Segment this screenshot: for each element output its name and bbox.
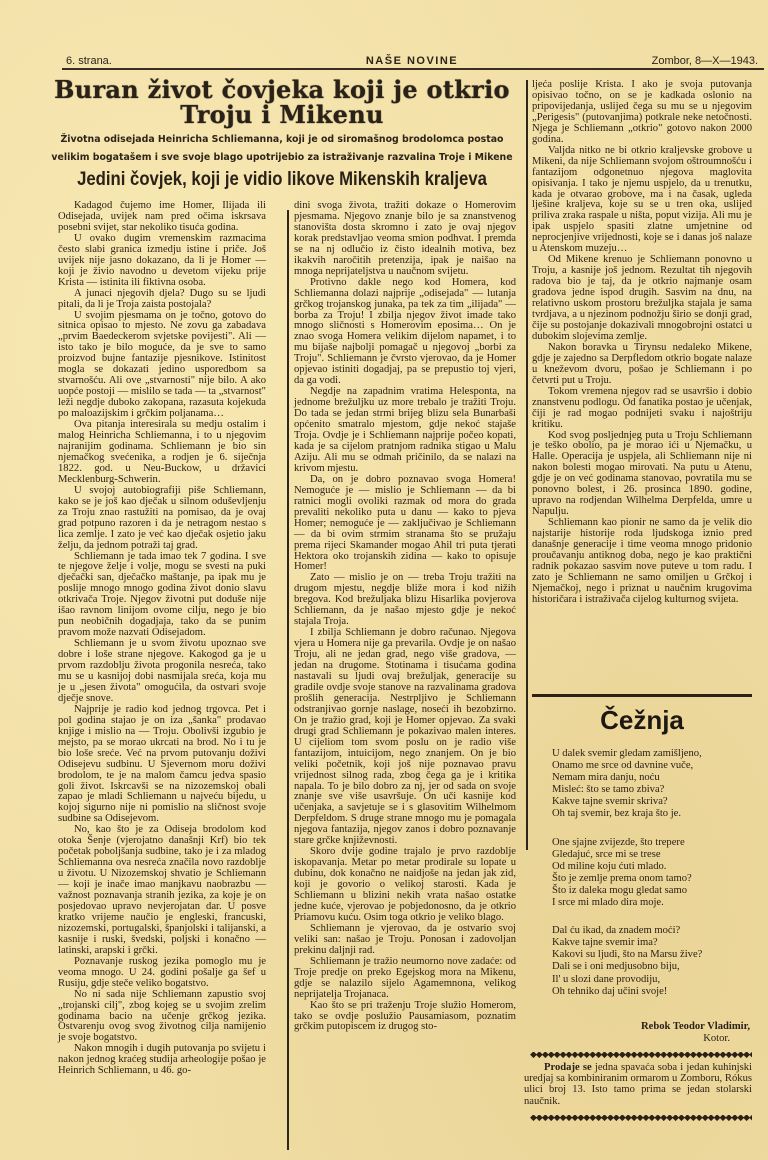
- paragraph: Zato — mislio je on — treba Troju tražit…: [294, 573, 516, 628]
- paragraph: Najprije je radio kod jednog trgovca. Pe…: [58, 705, 266, 825]
- paragraph: ljeća poslije Krista. I ako je svoja put…: [532, 80, 752, 146]
- paragraph: Schliemann kao pionir ne samo da je veli…: [532, 518, 752, 606]
- poem-line: U dalek svemir gledam zamišljeno,: [552, 748, 752, 760]
- subheadline: Životna odisejada Heinricha Schliemanna,…: [44, 131, 520, 167]
- poem-line: Onamo me srce od davnine vuče,: [552, 760, 752, 772]
- poem-line: Nemam mira danju, noću: [552, 772, 752, 784]
- paragraph: Skoro dvije godine trajalo je prvo razdo…: [294, 847, 516, 924]
- paragraph: No ni sada nije Schliemann zapustio svoj…: [58, 990, 266, 1045]
- headline: Buran život čovjeka koji je otkrio Troju…: [44, 77, 520, 127]
- date-line: Zombor, 8—X—1943.: [652, 55, 758, 67]
- poem-line: Oh taj svemir, bez kraja što je.: [552, 808, 752, 820]
- ornament-divider: ◆◆◆◆◆◆◆◆◆◆◆◆◆◆◆◆◆◆◆◆◆◆◆◆◆◆◆◆◆◆◆◆◆◆◆◆◆◆◆◆: [530, 1115, 752, 1121]
- column-divider: [287, 210, 289, 1150]
- poem-line: Dal ću ikad, da znadem moći?: [552, 925, 752, 937]
- poem-line: Misleć: što se tamo zbiva?: [552, 784, 752, 796]
- poem-line: Što iz daleka mogu gledat samo: [552, 885, 752, 897]
- article-header: Buran život čovjeka koji je otkrio Troju…: [44, 77, 520, 191]
- paragraph: Poznavanje ruskog jezika pomoglo mu je v…: [58, 957, 266, 990]
- paragraph: I zbilja Schliemann je dobro računao. Nj…: [294, 628, 516, 847]
- poem-place: Kotor.: [560, 1033, 730, 1044]
- poem-line: Dali se i oni medjusobno biju,: [552, 961, 752, 973]
- poem-author: Rebok Teodor Vladimir,: [560, 1021, 750, 1033]
- poem-line: Gledajuć, srce mi se trese: [552, 849, 752, 861]
- paragraph: Schliemann je vjerovao, da je ostvario s…: [294, 924, 516, 957]
- paragraph: Valjda nitko ne bi otkrio kraljevske gro…: [532, 146, 752, 256]
- poem-line: Kakovi su ljudi, što na Marsu žive?: [552, 949, 752, 961]
- poem-rule: [532, 694, 752, 697]
- paragraph: dini svoga života, tražiti dokaze o Home…: [294, 201, 516, 278]
- poem-stanza: Dal ću ikad, da znadem moći?Kakve tajne …: [552, 925, 752, 998]
- classified-ad: Prodaje se jedna spavaća soba i jedan ku…: [524, 1062, 752, 1107]
- poem-line: I srce mi mlado dira moje.: [552, 897, 752, 909]
- kicker: Jedini čovjek, koji je vidio likove Mike…: [73, 169, 492, 191]
- paragraph: Od Mikene krenuo je Schliemann ponovno u…: [532, 255, 752, 343]
- paragraph: A junaci njegovih djela? Dugo su se ljud…: [58, 289, 266, 311]
- poem-stanza: One sjajne zvijezde, što trepereGledajuć…: [552, 837, 752, 910]
- paragraph: No, kao što je za Odiseja brodolom kod o…: [58, 825, 266, 956]
- paragraph: Schliemann je tada imao tek 7 godina. I …: [58, 552, 266, 640]
- poem-line: Kakve tajne svemir ima?: [552, 937, 752, 949]
- poem-stanza: U dalek svemir gledam zamišljeno,Onamo m…: [552, 748, 752, 821]
- article-column-3: ljeća poslije Krista. I ako je svoja put…: [532, 80, 752, 606]
- paragraph: Kod svog posljednjeg puta u Troju Schlie…: [532, 431, 752, 519]
- poem-line: One sjajne zvijezde, što trepere: [552, 837, 752, 849]
- ornament-divider: ◆◆◆◆◆◆◆◆◆◆◆◆◆◆◆◆◆◆◆◆◆◆◆◆◆◆◆◆◆◆◆◆◆◆◆◆◆◆◆◆: [530, 1052, 752, 1058]
- poem-line: Od miline koju ćuti mlado.: [552, 861, 752, 873]
- poem-title: Čežnja: [532, 705, 752, 736]
- poem-line: Kakve tajne svemir skriva?: [552, 796, 752, 808]
- paragraph: Negdje na zapadnim vratima Helesponta, n…: [294, 387, 516, 475]
- masthead-rule: [62, 68, 764, 70]
- poem-line: Što je zemlje prema onom tamo?: [552, 873, 752, 885]
- poem-line: Oh tehniko daj učini svoje!: [552, 986, 752, 998]
- article-column-2: dini svoga života, tražiti dokaze o Home…: [294, 201, 516, 1033]
- paragraph: Protivno dakle nego kod Homera, kod Schl…: [294, 278, 516, 388]
- paragraph: Schliemann je tražio neumorno nove zadać…: [294, 957, 516, 1001]
- paragraph: Schliemann je u svom životu upoznao sve …: [58, 639, 266, 705]
- paragraph: Tokom vremena njegov rad se usavršio i d…: [532, 387, 752, 431]
- paragraph: U ovako dugim vremenskim razmacima često…: [58, 234, 266, 289]
- column-divider: [526, 80, 528, 850]
- poem-line: Il' u slozi dane provodiju,: [552, 974, 752, 986]
- paragraph: Da, on je dobro poznavao svoga Homera! N…: [294, 475, 516, 574]
- paragraph: Nakon mnogih i dugih putovanja po svijet…: [58, 1044, 266, 1077]
- paragraph: U svojim pjesmama on je točno, gotovo do…: [58, 311, 266, 421]
- paragraph: U svojoj autobiografiji piše Schliemann,…: [58, 486, 266, 552]
- paragraph: Kadagod čujemo ime Homer, Ilijada ili Od…: [58, 201, 266, 234]
- paragraph: Ova pitanja interesirala su medju ostali…: [58, 420, 266, 486]
- paragraph: Nakon boravka u Tirynsu nedaleko Mikene,…: [532, 343, 752, 387]
- ad-lead: Prodaje se: [544, 1062, 592, 1073]
- paragraph: Kao što se pri traženju Troje služio Hom…: [294, 1001, 516, 1034]
- article-column-1: Kadagod čujemo ime Homer, Ilijada ili Od…: [58, 201, 266, 1077]
- poem-body: U dalek svemir gledam zamišljeno,Onamo m…: [552, 748, 752, 1014]
- newspaper-page: 6. strana. NAŠE NOVINE Zombor, 8—X—1943.…: [0, 0, 768, 1160]
